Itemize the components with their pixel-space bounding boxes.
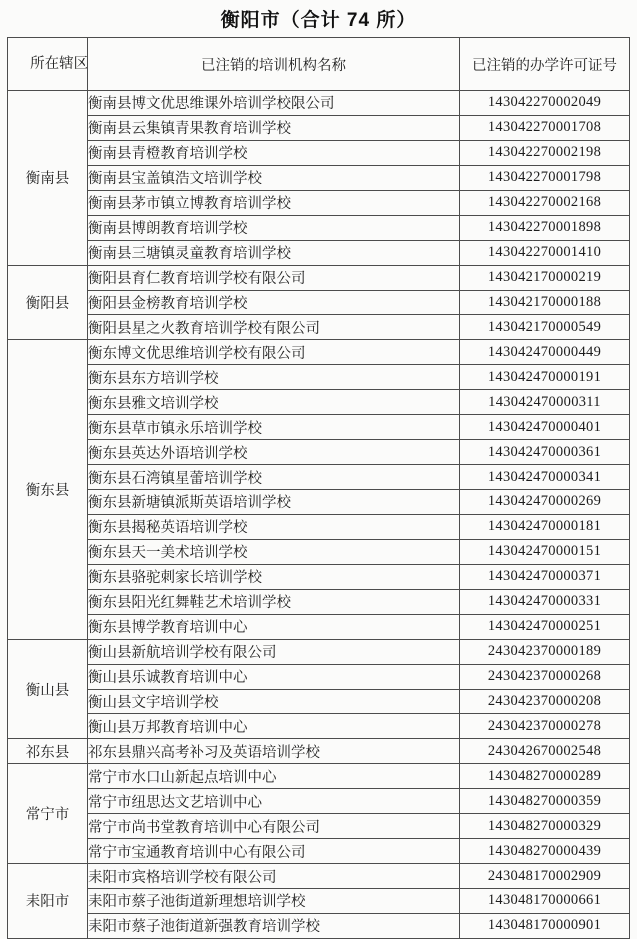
license-number-cell: 143048170000661 — [460, 889, 630, 914]
table-row: 衡山县乐诚教育培训中心243042370000268 — [8, 664, 630, 689]
license-number-cell: 143042270001898 — [460, 215, 630, 240]
license-number-cell: 143042270002049 — [460, 91, 630, 116]
license-number-cell: 143042170000188 — [460, 290, 630, 315]
table-row: 衡阳县衡阳县育仁教育培训学校有限公司143042170000219 — [8, 265, 630, 290]
table-row: 耒阳市耒阳市宾格培训学校有限公司243048170002909 — [8, 864, 630, 889]
table-row: 衡山县文宇培训学校243042370000208 — [8, 689, 630, 714]
license-number-cell: 143042170000549 — [460, 315, 630, 340]
table-row: 耒阳市蔡子池街道新强教育培训学校143048170000901 — [8, 913, 630, 938]
license-number-cell: 143042270002168 — [460, 190, 630, 215]
district-cell: 衡阳县 — [8, 265, 88, 340]
district-cell: 耒阳市 — [8, 864, 88, 939]
institution-name-cell: 衡东县草市镇永乐培训学校 — [88, 415, 460, 440]
license-number-cell: 143042470000361 — [460, 440, 630, 465]
license-number-cell: 243042370000189 — [460, 639, 630, 664]
document-page: 衡阳市（合计 74 所） 所在辖区 已注销的培训机构名称 已注销的办学许可证号 … — [0, 0, 637, 939]
institution-name-cell: 衡南县茅市镇立博教育培训学校 — [88, 190, 460, 215]
license-number-cell: 143042470000181 — [460, 514, 630, 539]
license-number-cell: 143042470000311 — [460, 390, 630, 415]
table-row: 衡南县青橙教育培训学校143042270002198 — [8, 140, 630, 165]
district-cell: 衡东县 — [8, 340, 88, 639]
license-number-cell: 143042470000151 — [460, 539, 630, 564]
license-number-cell: 143042470000251 — [460, 614, 630, 639]
institution-name-cell: 衡山县乐诚教育培训中心 — [88, 664, 460, 689]
institution-name-cell: 祁东县鼎兴高考补习及英语培训学校 — [88, 739, 460, 764]
district-cell: 衡山县 — [8, 639, 88, 739]
table-row: 常宁市常宁市水口山新起点培训中心143048270000289 — [8, 764, 630, 789]
license-number-cell: 143048270000329 — [460, 814, 630, 839]
license-number-cell: 243042670002548 — [460, 739, 630, 764]
header-license-number: 已注销的办学许可证号 — [460, 38, 630, 91]
license-number-cell: 143042470000401 — [460, 415, 630, 440]
table-row: 衡东县博学教育培训中心143042470000251 — [8, 614, 630, 639]
table-row: 常宁市纽思达文艺培训中心143048270000359 — [8, 789, 630, 814]
district-cell: 衡南县 — [8, 91, 88, 266]
table-row: 衡东县新塘镇派斯英语培训学校143042470000269 — [8, 490, 630, 515]
institution-name-cell: 衡南县三塘镇灵童教育培训学校 — [88, 240, 460, 265]
institution-name-cell: 衡东县雅文培训学校 — [88, 390, 460, 415]
header-district-label: 所在辖区 — [30, 52, 65, 77]
license-number-cell: 243042370000268 — [460, 664, 630, 689]
header-row: 所在辖区 已注销的培训机构名称 已注销的办学许可证号 — [8, 38, 630, 91]
license-number-cell: 143042470000331 — [460, 589, 630, 614]
table-body: 衡南县衡南县博文优思维课外培训学校限公司143042270002049衡南县云集… — [8, 91, 630, 939]
district-cell: 常宁市 — [8, 764, 88, 864]
table-row: 衡山县衡山县新航培训学校有限公司243042370000189 — [8, 639, 630, 664]
institution-name-cell: 衡东县阳光红舞鞋艺术培训学校 — [88, 589, 460, 614]
license-number-cell: 143042270001798 — [460, 165, 630, 190]
license-number-cell: 143042470000371 — [460, 564, 630, 589]
license-number-cell: 143042470000449 — [460, 340, 630, 365]
table-row: 衡东县骆驼刺家长培训学校143042470000371 — [8, 564, 630, 589]
license-number-cell: 143048270000289 — [460, 764, 630, 789]
table-row: 常宁市尚书堂教育培训中心有限公司143048270000329 — [8, 814, 630, 839]
table-row: 衡东县石湾镇星蕾培训学校143042470000341 — [8, 465, 630, 490]
institution-name-cell: 衡山县万邦教育培训中心 — [88, 714, 460, 739]
table-row: 衡南县宝盖镇浩文培训学校143042270001798 — [8, 165, 630, 190]
institution-name-cell: 衡南县宝盖镇浩文培训学校 — [88, 165, 460, 190]
institution-name-cell: 常宁市水口山新起点培训中心 — [88, 764, 460, 789]
license-number-cell: 143042170000219 — [460, 265, 630, 290]
header-district: 所在辖区 — [8, 38, 88, 91]
table-row: 常宁市宝通教育培训中心有限公司143048270000439 — [8, 839, 630, 864]
license-number-cell: 143048170000901 — [460, 913, 630, 938]
institution-name-cell: 衡南县青橙教育培训学校 — [88, 140, 460, 165]
table-row: 衡东县英达外语培训学校143042470000361 — [8, 440, 630, 465]
table-row: 衡东县东方培训学校143042470000191 — [8, 365, 630, 390]
license-number-cell: 143048270000359 — [460, 789, 630, 814]
table-row: 衡东县揭秘英语培训学校143042470000181 — [8, 514, 630, 539]
table-row: 衡山县万邦教育培训中心243042370000278 — [8, 714, 630, 739]
institution-name-cell: 衡阳县星之火教育培训学校有限公司 — [88, 315, 460, 340]
institution-name-cell: 耒阳市蔡子池街道新强教育培训学校 — [88, 913, 460, 938]
license-number-cell: 143042470000269 — [460, 490, 630, 515]
table-row: 祁东县祁东县鼎兴高考补习及英语培训学校243042670002548 — [8, 739, 630, 764]
table-row: 衡阳县星之火教育培训学校有限公司143042170000549 — [8, 315, 630, 340]
license-number-cell: 243048170002909 — [460, 864, 630, 889]
institution-name-cell: 衡东县揭秘英语培训学校 — [88, 514, 460, 539]
institution-name-cell: 衡阳县金榜教育培训学校 — [88, 290, 460, 315]
institution-name-cell: 衡东县博学教育培训中心 — [88, 614, 460, 639]
table-row: 衡东县衡东博文优思维培训学校有限公司143042470000449 — [8, 340, 630, 365]
table-row: 衡东县雅文培训学校143042470000311 — [8, 390, 630, 415]
table-row: 衡东县天一美术培训学校143042470000151 — [8, 539, 630, 564]
institution-name-cell: 常宁市尚书堂教育培训中心有限公司 — [88, 814, 460, 839]
table-row: 衡阳县金榜教育培训学校143042170000188 — [8, 290, 630, 315]
table-row: 衡南县三塘镇灵童教育培训学校143042270001410 — [8, 240, 630, 265]
institution-name-cell: 衡东县英达外语培训学校 — [88, 440, 460, 465]
table-row: 衡南县博朗教育培训学校143042270001898 — [8, 215, 630, 240]
institution-name-cell: 衡阳县育仁教育培训学校有限公司 — [88, 265, 460, 290]
license-number-cell: 143042470000191 — [460, 365, 630, 390]
license-number-cell: 143042270001410 — [460, 240, 630, 265]
institution-name-cell: 衡南县博朗教育培训学校 — [88, 215, 460, 240]
license-number-cell: 243042370000278 — [460, 714, 630, 739]
license-number-cell: 143042270002198 — [460, 140, 630, 165]
table-row: 衡南县云集镇青果教育培训学校143042270001708 — [8, 115, 630, 140]
institution-name-cell: 衡山县文宇培训学校 — [88, 689, 460, 714]
institution-name-cell: 耒阳市蔡子池街道新理想培训学校 — [88, 889, 460, 914]
deregistered-institutions-table: 所在辖区 已注销的培训机构名称 已注销的办学许可证号 衡南县衡南县博文优思维课外… — [7, 37, 630, 939]
table-row: 衡东县阳光红舞鞋艺术培训学校143042470000331 — [8, 589, 630, 614]
institution-name-cell: 衡山县新航培训学校有限公司 — [88, 639, 460, 664]
district-cell: 祁东县 — [8, 739, 88, 764]
institution-name-cell: 常宁市宝通教育培训中心有限公司 — [88, 839, 460, 864]
institution-name-cell: 常宁市纽思达文艺培训中心 — [88, 789, 460, 814]
table-row: 衡南县茅市镇立博教育培训学校143042270002168 — [8, 190, 630, 215]
institution-name-cell: 衡东县石湾镇星蕾培训学校 — [88, 465, 460, 490]
page-title: 衡阳市（合计 74 所） — [0, 5, 637, 32]
table-row: 衡东县草市镇永乐培训学校143042470000401 — [8, 415, 630, 440]
header-institution-name: 已注销的培训机构名称 — [88, 38, 460, 91]
table-row: 衡南县衡南县博文优思维课外培训学校限公司143042270002049 — [8, 91, 630, 116]
institution-name-cell: 衡东县新塘镇派斯英语培训学校 — [88, 490, 460, 515]
license-number-cell: 143048270000439 — [460, 839, 630, 864]
license-number-cell: 243042370000208 — [460, 689, 630, 714]
table-header: 所在辖区 已注销的培训机构名称 已注销的办学许可证号 — [8, 38, 630, 91]
institution-name-cell: 衡南县云集镇青果教育培训学校 — [88, 115, 460, 140]
license-number-cell: 143042470000341 — [460, 465, 630, 490]
institution-name-cell: 衡东县骆驼刺家长培训学校 — [88, 564, 460, 589]
institution-name-cell: 耒阳市宾格培训学校有限公司 — [88, 864, 460, 889]
institution-name-cell: 衡南县博文优思维课外培训学校限公司 — [88, 91, 460, 116]
table-row: 耒阳市蔡子池街道新理想培训学校143048170000661 — [8, 889, 630, 914]
institution-name-cell: 衡东县天一美术培训学校 — [88, 539, 460, 564]
license-number-cell: 143042270001708 — [460, 115, 630, 140]
institution-name-cell: 衡东县东方培训学校 — [88, 365, 460, 390]
institution-name-cell: 衡东博文优思维培训学校有限公司 — [88, 340, 460, 365]
